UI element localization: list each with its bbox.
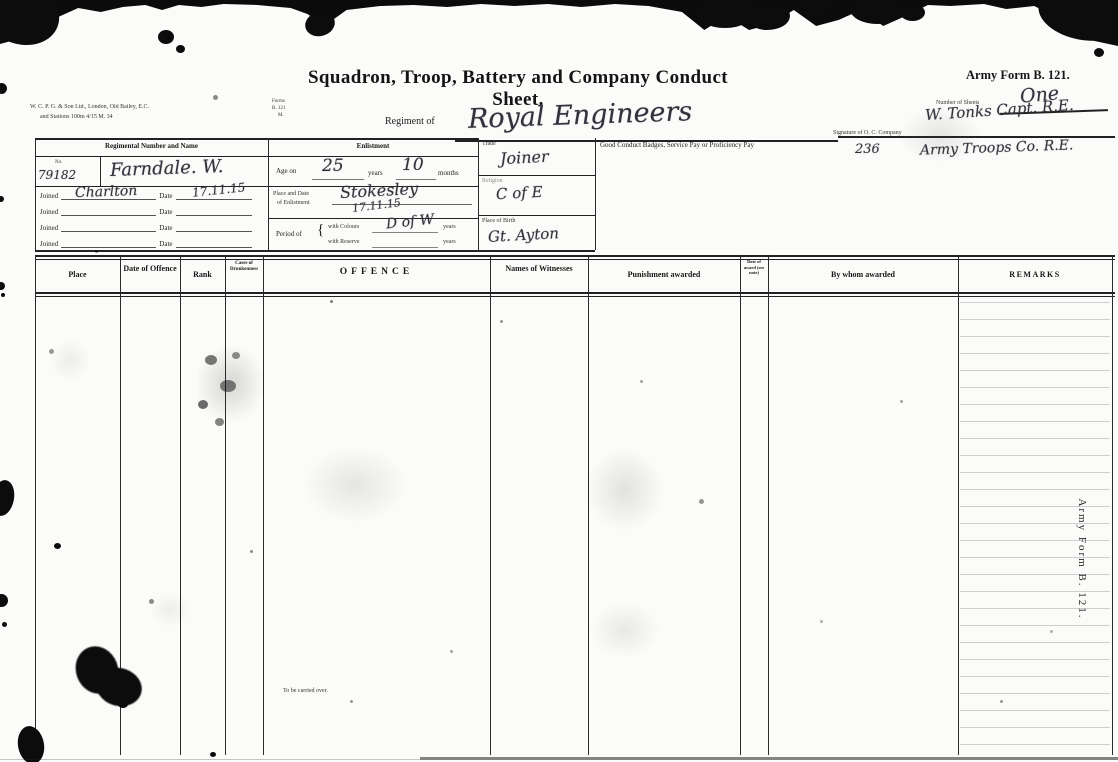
scan-stain	[205, 355, 217, 365]
period-value: D of W	[385, 212, 435, 233]
place-of-birth-label: Place of Birth	[482, 218, 515, 224]
scan-stain	[1094, 48, 1104, 57]
scan-smudge	[880, 95, 1000, 175]
date-label: Date	[159, 224, 172, 232]
printer-imprint-line2: and Stations 100m 4/15 M. 34	[40, 114, 113, 120]
place-enlist-label-2: of Enlistment	[277, 200, 310, 206]
scan-specks	[167, 37, 170, 40]
period-label: Period of	[276, 230, 302, 238]
col-header-award-date: Date of award (see note)	[741, 259, 767, 276]
joined-label: Joined	[40, 192, 58, 200]
badges-header: Good Conduct Badges, Service Pay or Prof…	[600, 141, 754, 149]
imprint-side-1: Forms	[272, 99, 285, 104]
place-enlist-label-1: Place and Date	[273, 191, 309, 197]
scan-stain	[0, 478, 17, 517]
no-label: No.	[55, 160, 62, 165]
scan-stain	[158, 30, 174, 44]
trade-value: Joiner	[500, 147, 550, 169]
joined-label: Joined	[40, 224, 58, 232]
scan-stain	[0, 196, 4, 202]
date-label: Date	[159, 192, 172, 200]
months-label: months	[438, 169, 459, 177]
reg-number-name-header: Regimental Number and Name	[35, 142, 268, 150]
scan-stain	[1, 293, 5, 297]
conduct-sheet-scan: W. C. P. G. & Son Ltd., London, Old Bail…	[0, 0, 1118, 762]
scan-stain	[176, 45, 185, 53]
regiment-label: Regiment of	[385, 116, 435, 127]
joined-label: Joined	[40, 208, 58, 216]
form-number: Army Form B. 121.	[966, 68, 1070, 83]
col-header-remarks: REMARKS	[958, 270, 1112, 279]
bottom-edge-shadow	[420, 757, 1118, 760]
date-label: Date	[159, 208, 172, 216]
col-header-witnesses: Names of Witnesses	[490, 264, 588, 273]
religion-label: Religion	[482, 178, 503, 184]
col-header-offence: OFFENCE	[263, 268, 490, 277]
col-header-drunkenness: Cases of Drunkenness	[227, 261, 261, 273]
soldier-name: Farndale. W.	[110, 156, 224, 181]
col-header-date-of-offence: Date of Offence	[120, 264, 180, 273]
scan-smudge	[575, 590, 675, 670]
bottom-edge-shadow	[0, 759, 420, 760]
scan-stain	[54, 543, 61, 549]
scan-stain	[2, 622, 7, 627]
religion-value: C of E	[496, 183, 543, 203]
scan-stain	[0, 282, 5, 290]
enlistment-header: Enlistment	[268, 142, 478, 150]
age-years-value: 25	[322, 156, 344, 176]
scan-stain	[210, 752, 216, 757]
scan-stain	[900, 4, 925, 21]
unit-number: 236	[855, 142, 880, 157]
scan-stain	[15, 724, 47, 762]
years-label: years	[368, 169, 383, 177]
imprint-side-3: M.	[278, 113, 284, 118]
scan-stain	[198, 400, 208, 409]
scan-stain	[850, 0, 905, 24]
with-colours-label: with Colours	[328, 224, 359, 230]
joined-label: Joined	[40, 240, 58, 248]
carried-over-note: To be carried over.	[283, 688, 328, 694]
scan-smudge	[280, 430, 430, 540]
joined-row: Joined Date	[40, 206, 252, 216]
col-header-by-whom: By whom awarded	[768, 270, 958, 279]
trade-label: Trade	[482, 141, 496, 147]
scan-stain	[118, 700, 128, 708]
printer-imprint-line1: W. C. P. G. & Son Ltd., London, Old Bail…	[30, 104, 149, 110]
scan-smudge	[570, 430, 680, 550]
age-months-value: 10	[402, 155, 424, 175]
period-brace: {	[317, 222, 324, 239]
scan-stain	[0, 594, 8, 607]
regiment-value: Royal Engineers	[468, 96, 693, 135]
joined-value: Charlton	[75, 183, 138, 201]
joined-row: Joined Date	[40, 222, 252, 232]
scan-stain	[215, 418, 224, 426]
reserve-years-label: years	[443, 239, 456, 245]
regimental-number: 79182	[38, 168, 76, 182]
col-header-place: Place	[35, 270, 120, 279]
place-of-birth-value: Gt. Ayton	[488, 224, 560, 246]
scan-stain	[220, 380, 236, 392]
imprint-side-2: B. 121	[272, 106, 285, 111]
scan-stain	[745, 2, 790, 30]
with-reserve-label: with Reserve	[328, 239, 360, 245]
joined-row: Joined Date	[40, 238, 252, 248]
side-form-number: Army Form B. 121.	[1076, 469, 1088, 649]
scan-stain	[232, 352, 240, 359]
col-header-punishment: Punishment awarded	[588, 270, 740, 279]
date-label: Date	[159, 240, 172, 248]
colours-years-label: years	[443, 224, 456, 230]
scan-stain	[0, 83, 7, 94]
age-label: Age on	[276, 167, 296, 175]
scan-stain	[0, 0, 68, 55]
col-header-rank: Rank	[180, 270, 225, 279]
scan-smudge	[140, 585, 200, 635]
scan-smudge	[40, 330, 100, 390]
